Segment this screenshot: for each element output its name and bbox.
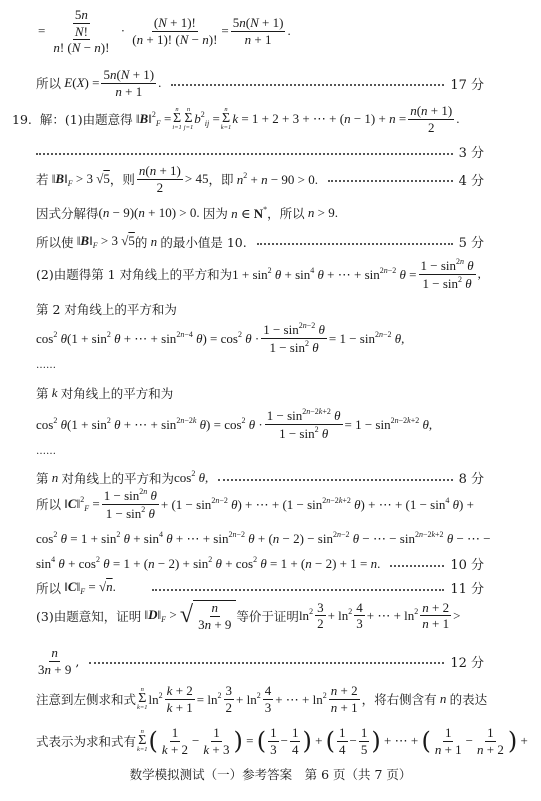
- text: 所以: [36, 579, 61, 597]
- text: 的: [135, 233, 148, 251]
- fraction: n(n + 1) 2: [408, 104, 454, 134]
- score-label: 5 分: [459, 232, 484, 251]
- q19-part2-c-line2: cos2 θ = 1 + sin2 θ + sin4 θ + ⋯ + sin2n…: [36, 530, 491, 547]
- fraction: 1n + 1: [433, 726, 464, 756]
- sqrt-expression: √ n3n + 9: [180, 600, 237, 631]
- text: ……: [36, 446, 56, 457]
- text: 对角线上的平方和为: [61, 384, 174, 402]
- text: 将右侧含有: [374, 690, 437, 708]
- text: 的最小值是 10.: [160, 233, 246, 251]
- sum-symbol: nΣk=1: [137, 687, 148, 711]
- fraction: 1k + 2: [160, 726, 190, 756]
- text: ，即: [208, 170, 233, 188]
- fraction: 1k + 3: [201, 726, 231, 756]
- sum-symbol: nΣi=1: [172, 107, 181, 131]
- q19-part2-diagk-eq: cos2 θ(1 + sin2 θ + ⋯ + sin2n−2k θ) = co…: [36, 408, 432, 440]
- fraction: 1 − sin2n−2k+2 θ 1 − sin2 θ: [265, 408, 343, 440]
- fraction: n + 2n + 1: [420, 601, 451, 631]
- fraction: 43: [354, 601, 365, 631]
- text: 第: [36, 384, 49, 402]
- sum-symbol: nΣk=1: [137, 729, 148, 753]
- score-label: 4 分: [459, 170, 484, 189]
- text: 因为: [203, 204, 228, 222]
- fraction: n + 2n + 1: [329, 684, 360, 714]
- fraction: 1 − sin2n−2 θ 1 − sin2 θ: [261, 322, 327, 354]
- fraction: 14: [337, 726, 348, 756]
- question-number: 19.: [12, 112, 32, 127]
- q19-part2-line1: (2)由题得第 1 对角线上的平方和为 1 + sin2 θ + sin4 θ …: [36, 258, 481, 290]
- fraction: 1 − sin2n θ 1 − sin2 θ: [102, 488, 159, 520]
- fraction: n3n + 9: [36, 646, 73, 676]
- fraction: 32: [315, 601, 326, 631]
- ellipsis: ……: [36, 446, 56, 457]
- q19-part1-score-line: 3 分: [36, 142, 484, 161]
- text: 第: [36, 469, 49, 487]
- fraction: (N + 1)! (n + 1)! (N − n)!: [130, 16, 219, 46]
- fraction: n(n + 1) 2: [137, 164, 183, 194]
- text: 对角线上的平方和为: [62, 469, 175, 487]
- ellipsis: ……: [36, 360, 56, 371]
- fraction: 5n(N + 1) n + 1: [231, 16, 286, 46]
- dotted-leader: [328, 180, 453, 182]
- text: 所以: [36, 74, 61, 92]
- fraction: 5n(N + 1) n + 1: [101, 68, 156, 98]
- q19-part2-diagk-label: 第 k 对角线上的平方和为: [36, 384, 173, 402]
- q19-part3-telescope-line: 式表示为求和式有 nΣk=1 ( 1k + 2 − 1k + 3 ) = ( 1…: [36, 726, 528, 756]
- fraction: 32: [224, 684, 235, 714]
- text: 的表达: [450, 690, 488, 708]
- q19-part2-diag2-eq: cos2 θ(1 + sin2 θ + ⋯ + sin2n−4 θ) = cos…: [36, 322, 404, 354]
- score-label: 11 分: [450, 578, 484, 597]
- q19-part1-line3: 因式分解得 (n − 9)(n + 10) > 0. 因为 n ∈ N* ，所以…: [36, 204, 338, 222]
- q19-part2-diagn: 第 n 对角线上的平方和为 cos2 θ, 8 分: [36, 468, 484, 487]
- text: 第 2 对角线上的平方和为: [36, 300, 177, 318]
- q19-part1-line4: 所以使 ‖B‖F > 3 √5 的 n 的最小值是 10. 5 分: [36, 232, 484, 251]
- text: 若: [36, 170, 49, 188]
- text: ……: [36, 360, 56, 371]
- score-label: 3 分: [459, 142, 484, 161]
- q19-part1-line2: 若 ‖B‖F > 3 √5 ，则 n(n + 1) 2 > 45 ，即 n2 +…: [36, 164, 484, 194]
- fraction: 43: [263, 684, 274, 714]
- fraction: 1 − sin2n θ 1 − sin2 θ: [419, 258, 476, 290]
- sum-symbol: nΣk=1: [221, 107, 232, 131]
- text: (2)由题得第 1 对角线上的平方和为: [36, 265, 232, 283]
- text: (3)由题意知，证明: [36, 607, 141, 625]
- text: ，所以: [267, 204, 305, 222]
- fraction: 14: [290, 726, 301, 756]
- text: 式表示为求和式有: [36, 732, 136, 750]
- q19-part3-line2: n3n + 9 , 12 分: [34, 646, 484, 676]
- text: 注意到左侧求和式: [36, 690, 136, 708]
- dotted-leader: [89, 662, 444, 664]
- q19-part2-c-line1: 所以 ‖C‖2F = 1 − sin2n θ 1 − sin2 θ + (1 −…: [36, 488, 474, 520]
- score-label: 17 分: [450, 74, 484, 93]
- dotted-leader: [171, 84, 444, 86]
- score-label: 12 分: [450, 652, 484, 671]
- q18-eq-line: = 5n N!n! (N − n)! · (N + 1)! (n + 1)! (…: [38, 8, 291, 55]
- q19-part2-c-result: 所以 ‖C‖F = √n. 11 分: [36, 578, 484, 597]
- q19-part3-line1: (3)由题意知，证明 ‖D‖F > √ n3n + 9 等价于证明 ln2 32…: [36, 600, 460, 631]
- score-label: 8 分: [459, 468, 484, 487]
- fraction: k + 2k + 1: [165, 684, 195, 714]
- dotted-leader: [152, 589, 444, 591]
- q19-part2-diag2-label: 第 2 对角线上的平方和为: [36, 300, 177, 318]
- q19-part1-line1: 19. 解：(1)由题意得 ‖B‖2F = nΣi=1 nΣj=1 b2ij =…: [12, 104, 459, 134]
- fraction: 15: [359, 726, 370, 756]
- text: 等价于证明: [236, 607, 299, 625]
- text: 解：(1)由题意得: [40, 110, 133, 128]
- fraction: 13: [268, 726, 279, 756]
- dotted-leader: [36, 153, 453, 155]
- sum-symbol: nΣj=1: [184, 107, 193, 131]
- q19-part2-c-line3: sin4 θ + cos2 θ = 1 + (n − 2) + sin2 θ +…: [36, 554, 484, 573]
- dotted-leader: [257, 243, 453, 245]
- text: 所以使: [36, 233, 74, 251]
- score-label: 10 分: [450, 554, 484, 573]
- page-footer: 数学模拟测试（一）参考答案 第 6 页（共 7 页）: [0, 765, 541, 783]
- text: 因式分解得: [36, 204, 99, 222]
- text: ，则: [110, 170, 135, 188]
- fraction: 1n + 2: [475, 726, 506, 756]
- fraction: 5n N!n! (N − n)!: [47, 8, 115, 55]
- text: 所以: [36, 495, 61, 513]
- q18-conclusion: 所以 E(X) = 5n(N + 1) n + 1 . 17 分: [36, 68, 484, 98]
- dotted-leader: [390, 565, 444, 567]
- dotted-leader: [218, 479, 452, 481]
- q19-part3-note-line: 注意到左侧求和式 nΣk=1 ln2 k + 2k + 1 = ln2 32 +…: [36, 684, 487, 714]
